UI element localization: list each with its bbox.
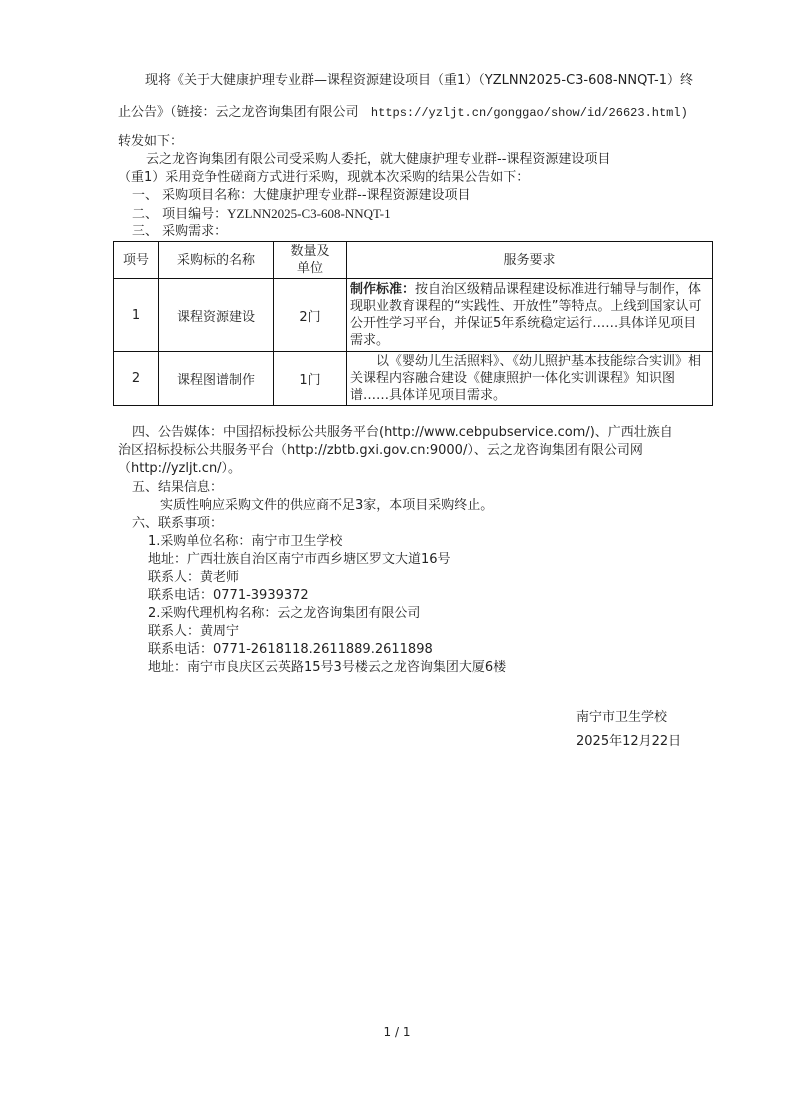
header-name: 采购标的名称	[159, 242, 274, 279]
section-3-requirements: 三、 采购需求：	[132, 223, 227, 241]
project-number-label: 二、 项目编号：	[132, 207, 227, 222]
contact-heading: 六、联系事项：	[132, 515, 223, 533]
para1-line-1: 云之龙咨询集团有限公司受采购人委托，就大健康护理专业群--课程资源建设项目	[146, 151, 610, 169]
result-text: 实质性响应采购文件的供应商不足3家，本项目采购终止。	[160, 497, 493, 515]
row-no: 1	[114, 279, 159, 352]
agent-address: 地址：南宁市良庆区云英路15号3号楼云之龙咨询集团大厦6楼	[148, 659, 506, 677]
row-requirements: 制作标准：按自治区级精品课程建设标准进行辅导与制作，体现职业教育课程的“实践性、…	[347, 279, 713, 352]
source-link[interactable]: https://yzljt.cn/gonggao/show/id/26623.h…	[371, 106, 688, 120]
signature-org: 南宁市卫生学校	[576, 709, 667, 727]
section-2-project-number: 二、 项目编号：YZLNN2025-C3-608-NNQT-1	[132, 205, 391, 224]
row-name: 课程资源建设	[159, 279, 274, 352]
header-requirements: 服务要求	[347, 242, 713, 279]
para1-line-2: （重1）采用竞争性磋商方式进行采购，现就本次采购的结果公告如下：	[118, 169, 529, 187]
media-line-2: 治区招标投标公共服务平台（http://zbtb.gxi.gov.cn:9000…	[118, 442, 643, 460]
buyer-phone: 联系电话：0771-3939372	[148, 587, 309, 605]
header-qty-line-1: 数量及	[290, 244, 329, 259]
buyer-address: 地址：广西壮族自治区南宁市西乡塘区罗文大道16号	[148, 551, 451, 569]
buyer-person: 联系人：黄老师	[148, 569, 239, 587]
row-no: 2	[114, 352, 159, 406]
agent-person: 联系人：黄周宁	[148, 623, 239, 641]
media-line-3: （http://yzljt.cn/）。	[118, 460, 241, 478]
requirements-bold-label: 制作标准：	[350, 282, 415, 297]
media-line-1: 四、公告媒体：中国招标投标公共服务平台(http://www.cebpubser…	[132, 424, 673, 442]
intro-line-2: 止公告》（链接：云之龙咨询集团有限公司 https://yzljt.cn/gon…	[118, 104, 688, 122]
signature-date: 2025年12月22日	[576, 733, 681, 751]
row-name: 课程图谱制作	[159, 352, 274, 406]
requirements-table: 项号 采购标的名称 数量及 单位 服务要求 1 课程资源建设 2门 制作标准：按…	[113, 241, 713, 406]
table-header-row: 项号 采购标的名称 数量及 单位 服务要求	[114, 242, 713, 279]
intro-link-text: 止公告》（链接：云之龙咨询集团有限公司	[118, 105, 359, 120]
row-requirements: 以《婴幼儿生活照料》、《幼儿照护基本技能综合实训》相关课程内容融合建设《健康照护…	[347, 352, 713, 406]
project-number-value: YZLNN2025-C3-608-NNQT-1	[227, 206, 390, 221]
table-row: 1 课程资源建设 2门 制作标准：按自治区级精品课程建设标准进行辅导与制作，体现…	[114, 279, 713, 352]
agent-phone: 联系电话：0771-2618118.2611889.2611898	[148, 641, 433, 659]
result-heading: 五、结果信息：	[132, 479, 223, 497]
forward-label: 转发如下：	[118, 133, 183, 151]
row-qty: 2门	[274, 279, 347, 352]
header-no: 项号	[114, 242, 159, 279]
header-qty-line-2: 单位	[297, 261, 323, 276]
intro-line-1: 现将《关于大健康护理专业群—课程资源建设项目（重1）（YZLNN2025-C3-…	[145, 72, 693, 90]
table-row: 2 课程图谱制作 1门 以《婴幼儿生活照料》、《幼儿照护基本技能综合实训》相关课…	[114, 352, 713, 406]
buyer-name: 1.采购单位名称：南宁市卫生学校	[148, 533, 342, 551]
agent-name: 2.采购代理机构名称：云之龙咨询集团有限公司	[148, 605, 420, 623]
section-1-project-name: 一、 采购项目名称：大健康护理专业群--课程资源建设项目	[132, 187, 471, 205]
header-qty: 数量及 单位	[274, 242, 347, 279]
page-number: 1 / 1	[0, 1025, 794, 1039]
row-qty: 1门	[274, 352, 347, 406]
